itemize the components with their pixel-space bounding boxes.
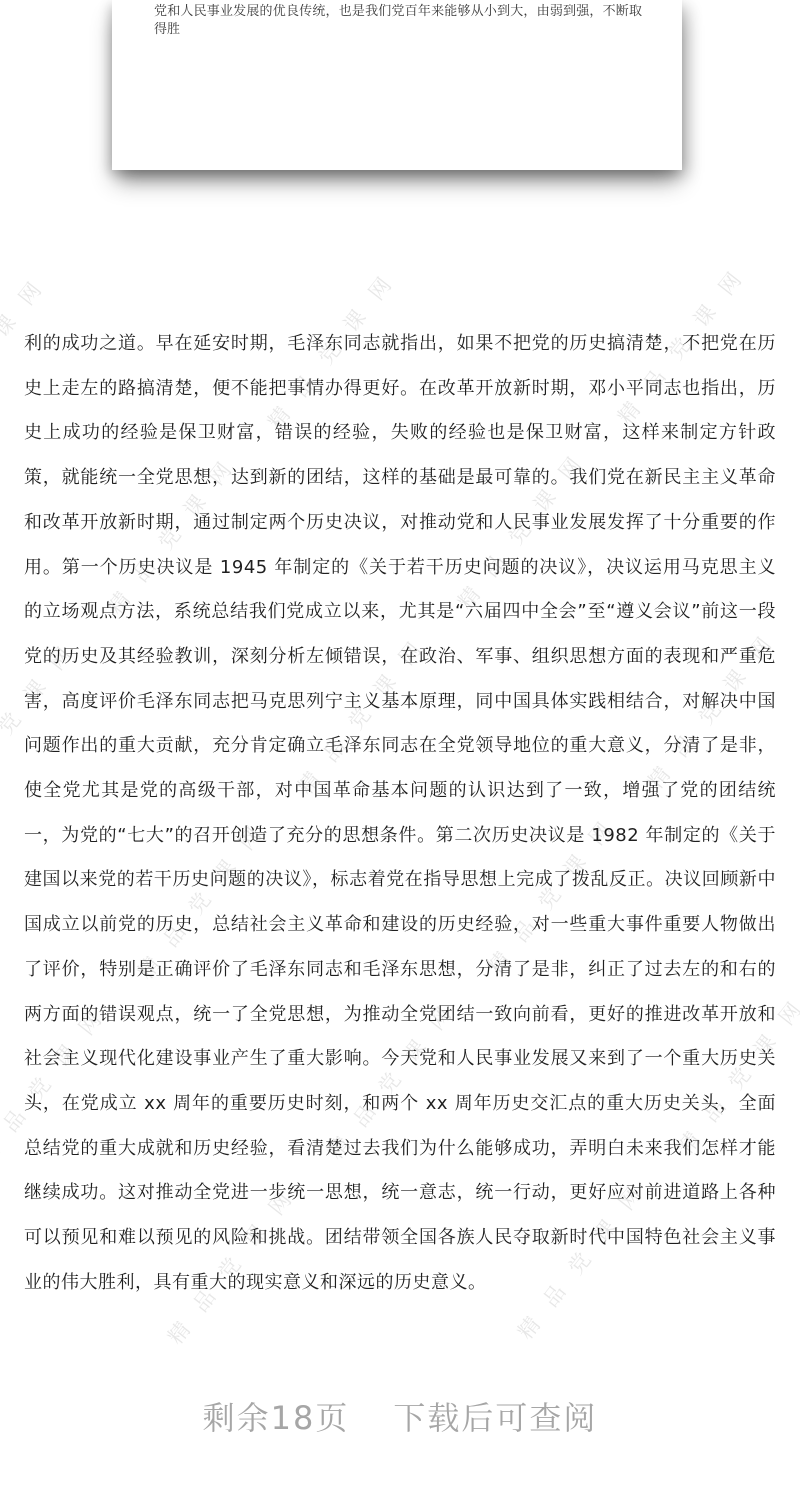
document-body-paragraph: 利的成功之道。早在延安时期，毛泽东同志就指出，如果不把党的历史搞清楚，不把党在历…: [24, 322, 776, 1305]
page-thumbnail-card: 党和人民事业发展的优良传统，也是我们党百年来能够从小到大，由弱到强，不断取得胜: [112, 0, 682, 170]
download-hint-text: 下载后可查阅: [393, 1399, 597, 1437]
remaining-pages-count: 剩余18页: [203, 1399, 350, 1437]
document-preview-page: 精品党课网精品党课网精品党课网精品党课网精品党课网精品党课网精品党课网精品党课网…: [0, 0, 800, 1497]
remaining-pages-notice: 剩余18页下载后可查阅: [0, 1398, 800, 1438]
page-thumbnail-text: 党和人民事业发展的优良传统，也是我们党百年来能够从小到大，由弱到强，不断取得胜: [112, 0, 682, 39]
